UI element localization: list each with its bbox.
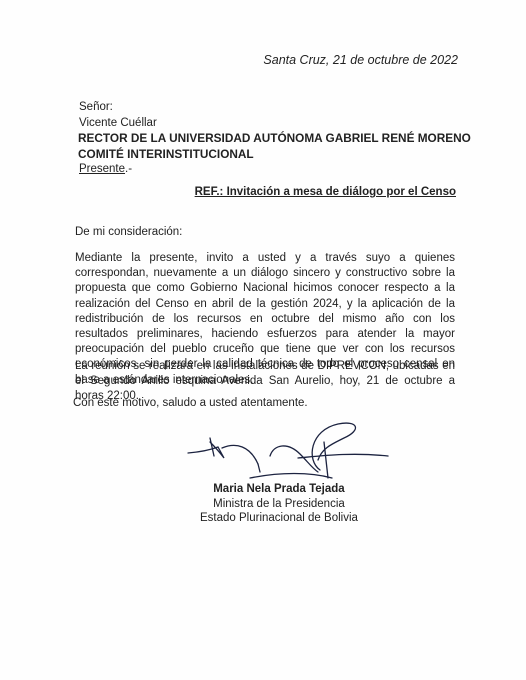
reference-line: REF.: Invitación a mesa de diálogo por e… (195, 186, 456, 198)
letter-date: Santa Cruz, 21 de octubre de 2022 (263, 53, 458, 67)
presente-suffix: .- (125, 163, 132, 175)
closing-line: Con este motivo, saludo a usted atentame… (73, 397, 308, 409)
presente-word: Presente (79, 163, 125, 175)
addressee-name: Vicente Cuéllar (79, 116, 472, 132)
signer-position: Ministra de la Presidencia (200, 497, 358, 512)
greeting: De mi consideración: (75, 226, 182, 238)
signer-name: Maria Nela Prada Tejada (200, 482, 358, 497)
presente-line: Presente.- (79, 162, 472, 178)
signer-institution: Estado Plurinacional de Bolivia (200, 511, 358, 526)
addressee-title-line2: COMITÉ INTERINSTITUCIONAL (78, 147, 471, 163)
addressee-block: Señor: Vicente Cuéllar RECTOR DE LA UNIV… (79, 100, 472, 178)
salutation: Señor: (79, 100, 472, 116)
addressee-title-line1: RECTOR DE LA UNIVERSIDAD AUTÓNOMA GABRIE… (78, 131, 471, 147)
signer-block: Maria Nela Prada Tejada Ministra de la P… (200, 482, 358, 526)
signature-scribble (170, 420, 390, 490)
letter-page: Santa Cruz, 21 de octubre de 2022 Señor:… (0, 0, 526, 680)
